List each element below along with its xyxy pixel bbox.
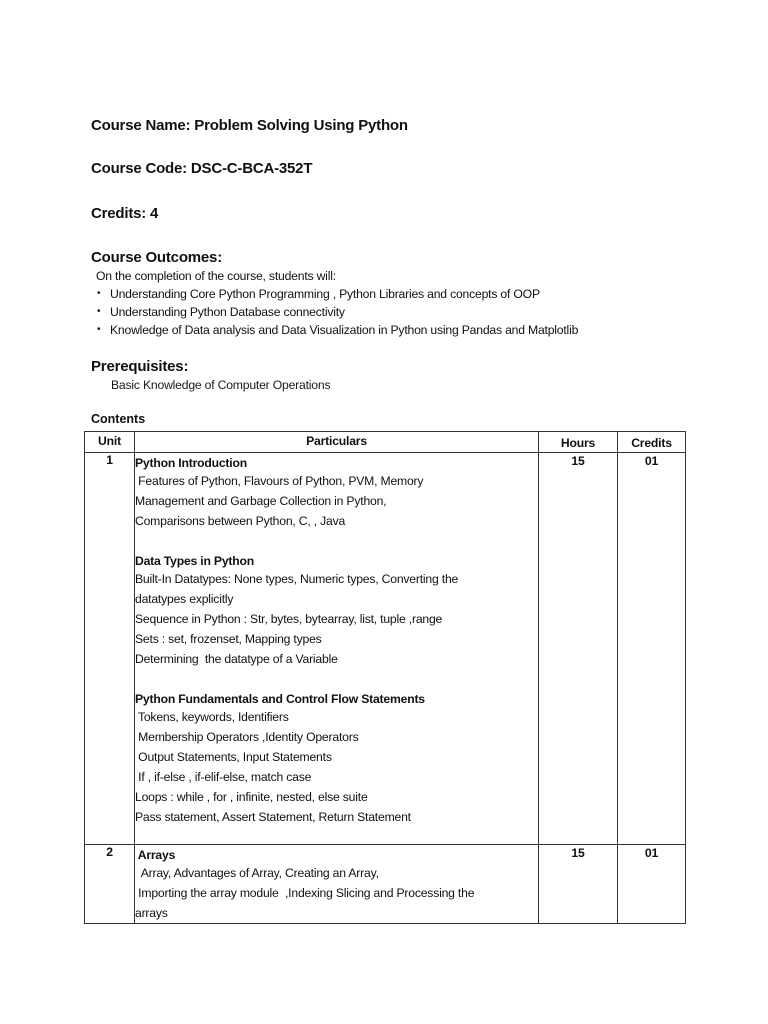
- outcome-item: •Knowledge of Data analysis and Data Vis…: [96, 321, 578, 339]
- topic-line: Tokens, keywords, Identifiers: [135, 707, 538, 727]
- topic-line: Sequence in Python : Str, bytes, bytearr…: [135, 609, 538, 629]
- credits-cell: 01: [618, 453, 686, 845]
- topic-line: arrays: [135, 903, 538, 923]
- prerequisites-heading: Prerequisites:: [91, 358, 188, 375]
- topic-line: Loops : while , for , infinite, nested, …: [135, 787, 538, 807]
- section-spacer: [135, 531, 538, 551]
- outcomes-intro: On the completion of the course, student…: [96, 267, 578, 285]
- course-name: Course Name: Problem Solving Using Pytho…: [91, 117, 408, 134]
- contents-table: Unit Particulars Hours Credits 1Python I…: [84, 431, 686, 924]
- table-row: 1Python Introduction Features of Python,…: [85, 453, 686, 845]
- outcomes-heading: Course Outcomes:: [91, 249, 222, 266]
- section-title: Data Types in Python: [135, 551, 538, 569]
- outcome-item: •Understanding Python Database connectiv…: [96, 303, 578, 321]
- course-code: Course Code: DSC-C-BCA-352T: [91, 160, 312, 177]
- topic-line: Pass statement, Assert Statement, Return…: [135, 807, 538, 827]
- topic-line: Determining the datatype of a Variable: [135, 649, 538, 669]
- section-title: Python Fundamentals and Control Flow Sta…: [135, 689, 538, 707]
- topic-line: datatypes explicitly: [135, 589, 538, 609]
- bullet-icon: •: [97, 303, 100, 321]
- bullet-icon: •: [97, 285, 100, 303]
- header-hours: Hours: [539, 432, 618, 453]
- topic-line: Features of Python, Flavours of Python, …: [135, 471, 538, 491]
- course-credits: Credits: 4: [91, 205, 158, 222]
- bullet-icon: •: [97, 321, 100, 339]
- topic-line: Array, Advantages of Array, Creating an …: [135, 863, 538, 883]
- header-particulars: Particulars: [135, 432, 539, 453]
- topic-line: If , if-else , if-elif-else, match case: [135, 767, 538, 787]
- hours-cell: 15: [539, 845, 618, 924]
- unit-cell: 2: [85, 845, 135, 924]
- topic-line: Comparisons between Python, C, , Java: [135, 511, 538, 531]
- section-title: Python Introduction: [135, 453, 538, 471]
- prerequisites-text: Basic Knowledge of Computer Operations: [111, 378, 330, 392]
- section-spacer: [135, 669, 538, 689]
- outcomes-section: On the completion of the course, student…: [96, 267, 578, 339]
- hours-cell: 15: [539, 453, 618, 845]
- header-credits: Credits: [618, 432, 686, 453]
- topic-line: Management and Garbage Collection in Pyt…: [135, 491, 538, 511]
- particulars-cell: Arrays Array, Advantages of Array, Creat…: [135, 845, 539, 924]
- topic-line: Importing the array module ,Indexing Sli…: [135, 883, 538, 903]
- outcome-item: •Understanding Core Python Programming ,…: [96, 285, 578, 303]
- topic-line: Membership Operators ,Identity Operators: [135, 727, 538, 747]
- topic-line: Built-In Datatypes: None types, Numeric …: [135, 569, 538, 589]
- topic-line: Sets : set, frozenset, Mapping types: [135, 629, 538, 649]
- header-unit: Unit: [85, 432, 135, 453]
- particulars-cell: Python Introduction Features of Python, …: [135, 453, 539, 845]
- table-header-row: Unit Particulars Hours Credits: [85, 432, 686, 453]
- unit-cell: 1: [85, 453, 135, 845]
- contents-label: Contents: [91, 412, 145, 426]
- topic-line: Output Statements, Input Statements: [135, 747, 538, 767]
- table-row: 2 Arrays Array, Advantages of Array, Cre…: [85, 845, 686, 924]
- credits-cell: 01: [618, 845, 686, 924]
- section-title: Arrays: [135, 845, 538, 863]
- outcomes-list: •Understanding Core Python Programming ,…: [96, 285, 578, 339]
